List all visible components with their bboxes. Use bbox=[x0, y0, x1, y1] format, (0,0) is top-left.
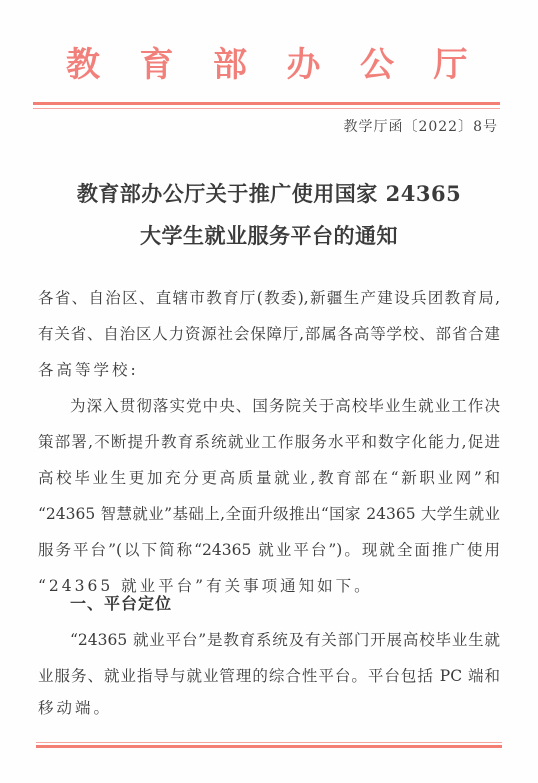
header-red-rule-thick bbox=[33, 102, 500, 105]
paragraph-line: 移动端。 bbox=[38, 698, 500, 734]
footer-red-rule-thick bbox=[36, 745, 502, 748]
letterhead-char: 育 bbox=[140, 44, 172, 86]
paragraph-line: 高校毕业生更加充分更高质量就业,教育部在“新职业网”和 bbox=[38, 468, 500, 504]
paragraph-line: 业服务、就业指导与就业管理的综合性平台。平台包括 PC 端和 bbox=[38, 666, 500, 702]
section-heading: 一、平台定位 bbox=[70, 594, 172, 614]
addressee-line: 各省、自治区、直辖市教育厅(教委),新疆生产建设兵团教育局, bbox=[38, 288, 500, 324]
addressee-line: 有关省、自治区人力资源社会保障厅,部属各高等学校、部省合建 bbox=[38, 324, 500, 360]
addressee-line: 各高等学校: bbox=[38, 360, 500, 396]
paragraph-line: 策部署,不断提升教育系统就业工作服务水平和数字化能力,促进 bbox=[38, 432, 500, 468]
document-number: 教学厅函〔2022〕8号 bbox=[343, 117, 498, 137]
document-title-line-1: 教育部办公厅关于推广使用国家 24365 bbox=[0, 180, 538, 208]
letterhead-char: 办 bbox=[287, 44, 319, 86]
document-title-line-2: 大学生就业服务平台的通知 bbox=[0, 222, 538, 250]
letterhead: 教 育 部 办 公 厅 bbox=[66, 44, 466, 86]
letterhead-char: 部 bbox=[213, 44, 245, 86]
paragraph-line: “24365 智慧就业”基础上,全面升级推出“国家 24365 大学生就业 bbox=[38, 504, 500, 540]
header-red-rule-thin bbox=[33, 108, 500, 109]
paragraph-line: 为深入贯彻落实党中央、国务院关于高校毕业生就业工作决 bbox=[70, 396, 500, 432]
footer-red-rule-thin bbox=[36, 742, 502, 743]
paragraph-line: 服务平台”(以下简称“24365 就业平台”)。现就全面推广使用 bbox=[38, 540, 500, 576]
letterhead-char: 公 bbox=[360, 44, 392, 86]
letterhead-char: 厅 bbox=[434, 44, 466, 86]
paragraph-line: “24365 就业平台”是教育系统及有关部门开展高校毕业生就 bbox=[70, 630, 500, 666]
letterhead-char: 教 bbox=[66, 44, 98, 86]
document-page: 教 育 部 办 公 厅 教学厅函〔2022〕8号 教育部办公厅关于推广使用国家 … bbox=[0, 0, 538, 783]
